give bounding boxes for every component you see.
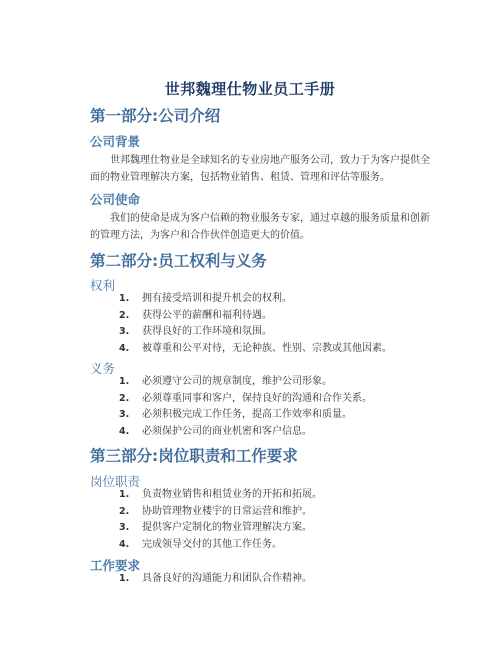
list-text: 具备良好的沟通能力和团队合作精神。	[142, 571, 312, 587]
section-heading-job-duties: 第三部分:岗位职责和工作要求	[90, 444, 298, 466]
list-item: 1.拥有接受培训和提升机会的权利。	[0, 291, 500, 308]
list-item: 4.完成领导交付的其他工作任务。	[0, 537, 500, 554]
list-number: 1.	[119, 291, 129, 307]
list-number: 3.	[119, 324, 129, 340]
list-text: 获得良好的工作环境和氛围。	[142, 324, 272, 340]
subsection-heading-background: 公司背景	[90, 132, 140, 150]
list-item: 1.负责物业销售和租赁业务的开拓和拓展。	[0, 487, 500, 504]
list-text: 负责物业销售和租赁业务的开拓和拓展。	[142, 487, 322, 503]
list-number: 3.	[119, 520, 129, 536]
list-text: 拥有接受培训和提升机会的权利。	[142, 291, 292, 307]
list-number: 1.	[119, 374, 129, 390]
responsibilities-list: 1.负责物业销售和租赁业务的开拓和拓展。 2.协助管理物业楼宇的日常运营和维护。…	[0, 487, 500, 553]
list-item: 1.具备良好的沟通能力和团队合作精神。	[0, 571, 500, 588]
duties-list: 1.必须遵守公司的规章制度，维护公司形象。 2.必须尊重同事和客户，保持良好的沟…	[0, 374, 500, 440]
document-title: 世邦魏理仕物业员工手册	[0, 78, 500, 99]
list-item: 3.获得良好的工作环境和氛围。	[0, 324, 500, 341]
list-text: 必须尊重同事和客户，保持良好的沟通和合作关系。	[142, 391, 372, 407]
section-heading-company-intro: 第一部分:公司介绍	[90, 104, 220, 126]
list-item: 4.被尊重和公平对待，无论种族、性别、宗教或其他因素。	[0, 341, 500, 358]
list-number: 2.	[119, 391, 129, 407]
list-text: 必须积极完成工作任务，提高工作效率和质量。	[142, 407, 352, 423]
list-number: 4.	[119, 424, 129, 440]
list-item: 4.必须保护公司的商业机密和客户信息。	[0, 424, 500, 441]
list-text: 必须保护公司的商业机密和客户信息。	[142, 424, 312, 440]
list-item: 2.必须尊重同事和客户，保持良好的沟通和合作关系。	[0, 391, 500, 408]
list-text: 必须遵守公司的规章制度，维护公司形象。	[142, 374, 332, 390]
document-page: 世邦魏理仕物业员工手册 第一部分:公司介绍 公司背景 世邦魏理仕物业是全球知名的…	[0, 0, 500, 647]
list-text: 提供客户定制化的物业管理解决方案。	[142, 520, 312, 536]
paragraph-background: 世邦魏理仕物业是全球知名的专业房地产服务公司，致力于为客户提供全面的物业管理解决…	[90, 152, 430, 186]
list-number: 4.	[119, 537, 129, 553]
list-text: 获得公平的薪酬和福利待遇。	[142, 308, 272, 324]
paragraph-mission: 我们的使命是成为客户信赖的物业服务专家，通过卓越的服务质量和创新的管理方法，为客…	[90, 210, 430, 244]
list-item: 3.提供客户定制化的物业管理解决方案。	[0, 520, 500, 537]
list-number: 1.	[119, 487, 129, 503]
list-item: 1.必须遵守公司的规章制度，维护公司形象。	[0, 374, 500, 391]
subsection-heading-mission: 公司使命	[90, 190, 140, 208]
list-text: 协助管理物业楼宇的日常运营和维护。	[142, 504, 312, 520]
list-item: 2.协助管理物业楼宇的日常运营和维护。	[0, 504, 500, 521]
list-number: 2.	[119, 308, 129, 324]
list-item: 2.获得公平的薪酬和福利待遇。	[0, 308, 500, 325]
rights-list: 1.拥有接受培训和提升机会的权利。 2.获得公平的薪酬和福利待遇。 3.获得良好…	[0, 291, 500, 357]
section-heading-rights-duties: 第二部分:员工权利与义务	[90, 249, 267, 271]
requirements-list: 1.具备良好的沟通能力和团队合作精神。	[0, 571, 500, 588]
list-number: 1.	[119, 571, 129, 587]
list-number: 4.	[119, 341, 129, 357]
list-text: 被尊重和公平对待，无论种族、性别、宗教或其他因素。	[142, 341, 392, 357]
list-text: 完成领导交付的其他工作任务。	[142, 537, 282, 553]
list-number: 3.	[119, 407, 129, 423]
list-item: 3.必须积极完成工作任务，提高工作效率和质量。	[0, 407, 500, 424]
list-number: 2.	[119, 504, 129, 520]
